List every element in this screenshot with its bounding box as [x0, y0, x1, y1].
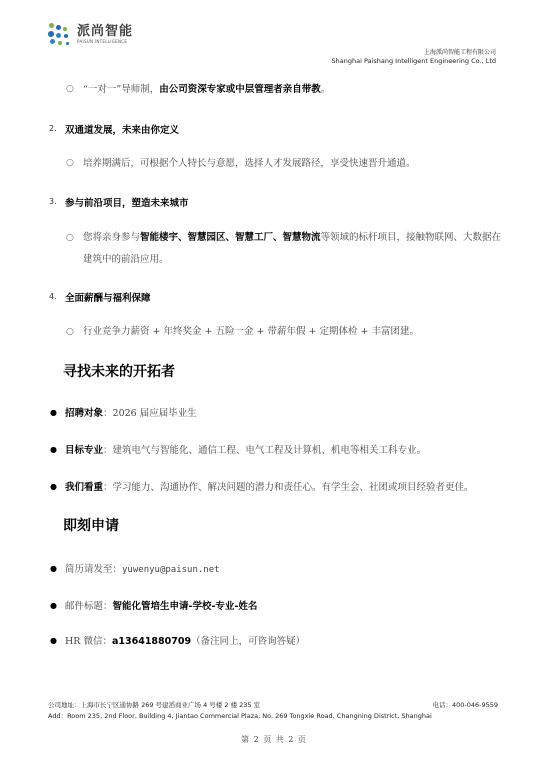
- item-sub-text: 行业竞争力薪资 + 年终奖金 + 五险一金 + 带薪年假 + 定期体检 + 丰富…: [83, 321, 503, 343]
- mentor-prefix: “一对一”导师制，: [83, 84, 159, 95]
- page-number: 第 2 页 共 2 页: [0, 734, 548, 745]
- item-title: 参与前沿项目，塑造未来城市: [65, 195, 189, 209]
- bullet-text: 学习能力、沟通协作、解决问题的潜力和责任心。有学生会、社团或项目经验者更佳。: [113, 482, 474, 493]
- section-heading: 寻找未来的开拓者: [63, 361, 175, 381]
- bullet-item: 招聘对象：2026 届应届毕业生: [65, 405, 197, 419]
- bullet-icon: ●: [50, 482, 57, 491]
- circle-bullet-icon: ○: [66, 84, 74, 94]
- item-title: 双通道发展，未来由你定义: [65, 122, 179, 136]
- resume-line: 简历请发至：yuwenyu@paisun.net: [65, 561, 220, 575]
- item-number: 2.: [49, 124, 57, 133]
- circle-bullet-icon: ○: [66, 233, 74, 243]
- mentor-line: “一对一”导师制，由公司资深专家或中层管理者亲自带教。: [83, 79, 503, 101]
- bullet-label: 我们看重: [65, 482, 103, 493]
- bullet-label: 招聘对象: [65, 408, 103, 419]
- bullet-text: 2026 届应届毕业生: [113, 408, 197, 419]
- hr-label: HR 微信：: [65, 636, 112, 647]
- subject-value: 智能化管培生申请-学校-专业-姓名: [113, 601, 258, 612]
- item-title: 全面薪酬与福利保障: [65, 290, 151, 304]
- bullet-icon: ●: [50, 564, 57, 573]
- company-logo: 派尚智能 PAISUN INTELLIGENCE: [47, 20, 133, 48]
- subject-label: 邮件标题：: [65, 601, 113, 612]
- company-name-en: Shanghai Paishang Intelligent Engineerin…: [332, 57, 497, 66]
- item-sub-text: 培养期满后，可根据个人特长与意愿，选择人才发展路径，享受快速晋升通道。: [83, 153, 503, 175]
- sub-prefix: 您将亲身参与: [83, 232, 140, 243]
- company-header: 上海派尚智能工程有限公司 Shanghai Paishang Intellige…: [332, 48, 497, 66]
- resume-label: 简历请发至：: [65, 564, 122, 575]
- company-name-cn: 上海派尚智能工程有限公司: [332, 48, 497, 57]
- document-page: 派尚智能 PAISUN INTELLIGENCE 上海派尚智能工程有限公司 Sh…: [0, 0, 548, 771]
- item-sub-text: 您将亲身参与智能楼宇、智慧园区、智慧工厂、智慧物流等领域的标杆项目，接触物联网、…: [83, 227, 503, 271]
- footer-address-cn: 公司地址：上海市长宁区通协路 269 号建滔商业广场 4 号楼 2 楼 235 …: [48, 700, 260, 711]
- bullet-icon: ●: [50, 636, 57, 645]
- mentor-suffix: 。: [321, 84, 331, 95]
- sep: ：: [103, 408, 113, 419]
- bullet-icon: ●: [50, 445, 57, 454]
- item-number: 4.: [49, 292, 57, 301]
- logo-cn-text: 派尚智能: [77, 24, 133, 39]
- footer-phone: 电话：400-046-9559: [432, 700, 498, 711]
- section-heading: 即刻申请: [63, 515, 119, 535]
- bullet-label: 目标专业: [65, 445, 103, 456]
- bullet-icon: ●: [50, 601, 57, 610]
- footer-address-en: Add：Room 235, 2nd Floor, Building 4, Jia…: [48, 711, 432, 722]
- sep: ：: [103, 482, 113, 493]
- bullet-text: 建筑电气与智能化、通信工程、电气工程及计算机、机电等相关工科专业。: [113, 445, 427, 456]
- logo-en-text: PAISUN INTELLIGENCE: [77, 39, 133, 45]
- hr-note: （备注同上，可咨询答疑）: [191, 636, 305, 647]
- sep: ：: [103, 445, 113, 456]
- hr-wechat: a13641880709: [112, 636, 191, 647]
- circle-bullet-icon: ○: [66, 158, 74, 168]
- logo-dots-icon: [47, 21, 73, 47]
- sub-bold: 智能楼宇、智慧园区、智慧工厂、智慧物流: [140, 232, 321, 243]
- mentor-bold: 由公司资深专家或中层管理者亲自带教: [159, 84, 321, 95]
- resume-email-link[interactable]: yuwenyu@paisun.net: [122, 565, 220, 575]
- bullet-item: 我们看重：学习能力、沟通协作、解决问题的潜力和责任心。有学生会、社团或项目经验者…: [65, 479, 474, 493]
- hr-line: HR 微信：a13641880709（备注同上，可咨询答疑）: [65, 633, 305, 647]
- circle-bullet-icon: ○: [66, 327, 74, 337]
- subject-line: 邮件标题：智能化管培生申请-学校-专业-姓名: [65, 598, 257, 612]
- item-number: 3.: [49, 197, 57, 206]
- page-footer: 公司地址：上海市长宁区通协路 269 号建滔商业广场 4 号楼 2 楼 235 …: [48, 700, 498, 722]
- bullet-icon: ●: [50, 408, 57, 417]
- bullet-item: 目标专业：建筑电气与智能化、通信工程、电气工程及计算机、机电等相关工科专业。: [65, 442, 426, 456]
